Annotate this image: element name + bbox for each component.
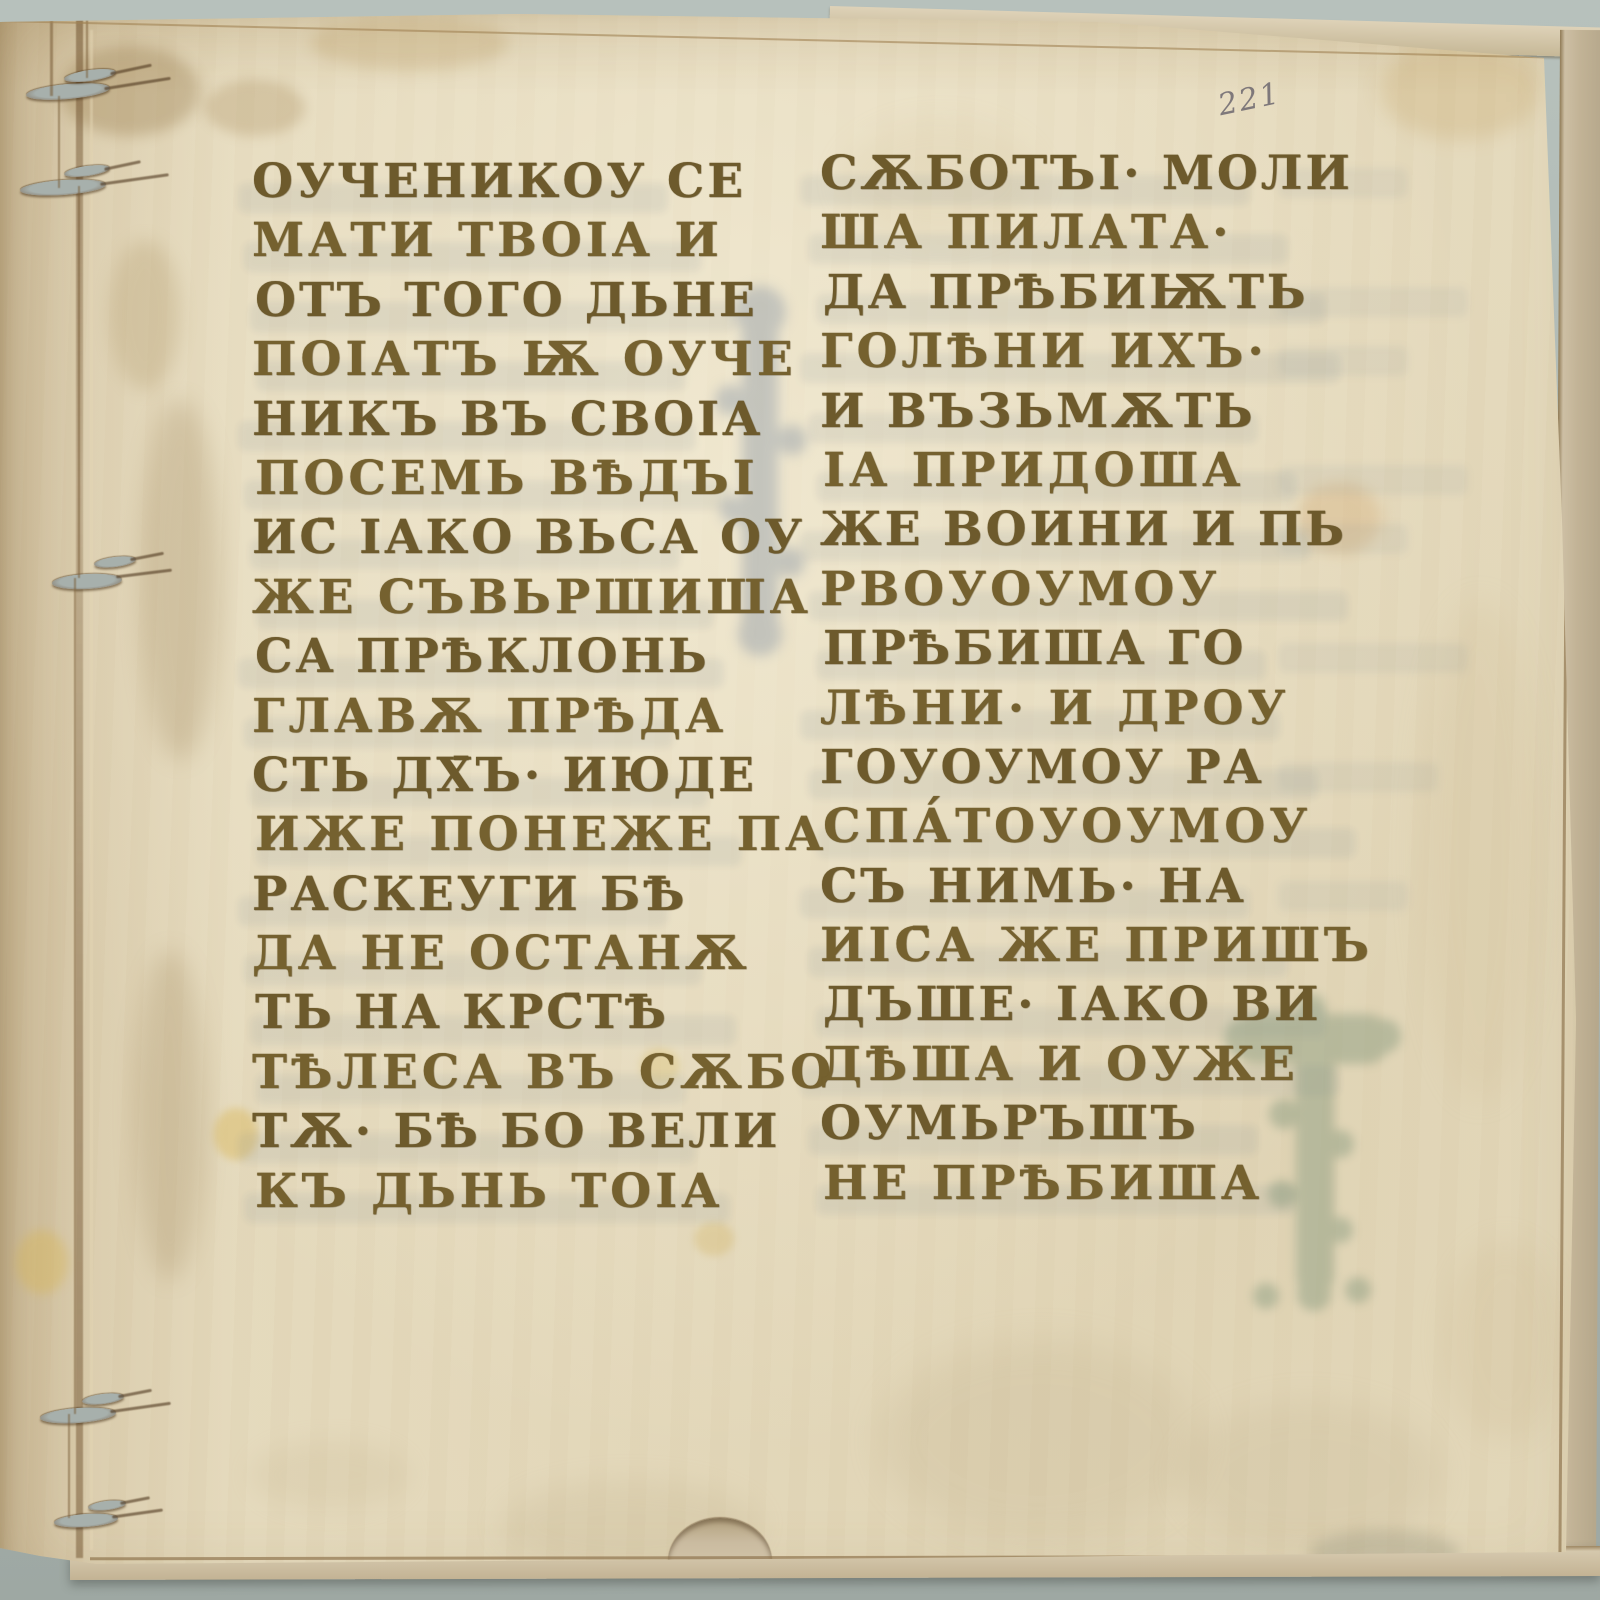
manuscript-line: ТѪ· БѢ БО ВЕЛИ <box>252 1106 732 1165</box>
manuscript-line: ДѢША И ОУЖЕ <box>820 1039 1360 1098</box>
parchment-page: ОУЧЕНИКОУ СЕ МАТИ ТВОІА И ОТЪ ТОГО ДЬНЕ … <box>0 0 1600 1600</box>
manuscript-line: СЪ НИМЬ· НА <box>820 861 1360 920</box>
manuscript-line: ГЛАВѪ ПРѢДА <box>252 691 732 750</box>
stain <box>205 80 305 136</box>
manuscript-line: ПОІАТЪ Ѭ ОУЧЕ <box>252 334 732 393</box>
sewing-thread <box>50 0 53 96</box>
sewing-cut <box>104 77 171 90</box>
sewing-cut <box>116 569 172 579</box>
text-column-left: ОУЧЕНИКОУ СЕ МАТИ ТВОІА И ОТЪ ТОГО ДЬНЕ … <box>252 156 732 1225</box>
manuscript-line: ЛѢНИ· И ДРОУ <box>820 683 1360 742</box>
stain <box>1445 1240 1565 1440</box>
manuscript-line: СТЬ ДХ̄Ъ· ИЮДЕ <box>252 750 732 809</box>
sewing-thread <box>86 0 88 78</box>
sewing-slit <box>40 1405 117 1425</box>
manuscript-line: ГОЛѢНИ ИХЪ· <box>820 326 1360 385</box>
manuscript-line: ЖЕ ВОИНИ И ПЬ <box>820 504 1360 563</box>
manuscript-line: НИКЪ ВЪ СВОІА <box>252 394 732 453</box>
stain <box>1180 1400 1440 1550</box>
sewing-thread <box>78 186 80 578</box>
manuscript-line: ОУЧЕНИКОУ СЕ <box>252 156 732 215</box>
stain <box>135 950 205 1280</box>
sewing-cut <box>118 1389 152 1398</box>
folio-number: 221 <box>1215 76 1284 123</box>
manuscript-line: ПРѢБИША ГО <box>823 623 1363 682</box>
stain <box>110 240 180 390</box>
manuscript-line: ЖЕ СЪВЬРШИША <box>252 572 732 631</box>
manuscript-line: ДА ПРѢБИѬТЬ <box>823 267 1363 326</box>
manuscript-line: ИЖЕ ПОНЕЖЕ ПА <box>255 809 735 868</box>
sewing-cut <box>130 552 164 561</box>
stain <box>1420 600 1540 1100</box>
manuscript-line: ІА ПРИДОША <box>823 445 1363 504</box>
sewing-cut <box>112 1508 163 1518</box>
stain <box>310 16 510 70</box>
sewing-thread <box>58 96 60 188</box>
manuscript-line: ДА НЕ ОСТАНѪ <box>252 928 732 987</box>
manuscript-line: ТѢЛЕСА ВЪ СѪБО <box>252 1047 732 1106</box>
sewing-cut <box>110 1402 171 1413</box>
spine-fold-highlight <box>90 30 93 1550</box>
stain <box>694 1222 734 1256</box>
manuscript-line: СА ПРѢКЛОНЬ <box>255 631 735 690</box>
stain <box>880 1340 1200 1540</box>
manuscript-line: ОУМЬРЪШЪ <box>820 1098 1360 1157</box>
sewing-cut <box>120 1496 150 1505</box>
manuscript-line: ПОСЕМЬ ВѢДЪІ <box>255 453 735 512</box>
manuscript-line: НЕ ПРѢБИША <box>823 1158 1363 1217</box>
manuscript-line: ДЪШЕ· ІАКО ВИ <box>823 979 1363 1038</box>
sewing-thread <box>68 1414 70 1518</box>
sewing-slit <box>54 1512 119 1529</box>
sewing-thread <box>74 578 76 1414</box>
manuscript-line: ОТЪ ТОГО ДЬНЕ <box>255 275 735 334</box>
sewing-slit <box>64 163 111 179</box>
sewing-slit <box>52 572 123 591</box>
manuscript-line: И ВЪЗЬМѪТЬ <box>820 386 1360 445</box>
manuscript-line: СѪБОТЪІ· МОЛИ <box>820 148 1360 207</box>
sewing-slit <box>94 554 137 569</box>
manuscript-line: ИС̄ ІАКО ВЬСА ОУ <box>252 512 732 571</box>
manuscript-scan: ОУЧЕНИКОУ СЕ МАТИ ТВОІА И ОТЪ ТОГО ДЬНЕ … <box>0 0 1600 1600</box>
text-column-right: СѪБОТЪІ· МОЛИ ША ПИЛАТА· ДА ПРѢБИѬТЬ ГОЛ… <box>820 148 1360 1217</box>
sewing-cut <box>100 173 169 186</box>
sewing-cut <box>110 64 151 76</box>
manuscript-line: ГОУОУМОУ РА <box>820 742 1360 801</box>
manuscript-line: РАСКЕУГИ БѢ <box>252 869 732 928</box>
manuscript-line: МАТИ ТВОІА И <box>252 215 732 274</box>
manuscript-line: СПА́ТОУОУМОУ <box>823 801 1363 860</box>
manuscript-line: ИІС̄А ЖЕ ПРИШЪ <box>820 920 1360 979</box>
stain <box>140 400 220 760</box>
manuscript-line: РВОУОУМОУ <box>820 564 1360 623</box>
manuscript-line: ША ПИЛАТА· <box>820 207 1360 266</box>
sewing-cut <box>104 160 141 171</box>
sewing-slit <box>20 177 107 198</box>
stain <box>16 1230 68 1294</box>
manuscript-line: КЪ ДЬНЬ ТОІА <box>255 1166 735 1225</box>
sewing-slit <box>26 80 111 102</box>
sewing-slit <box>82 1391 125 1406</box>
manuscript-line: ТЬ НА КРС̄ТѢ <box>255 987 735 1046</box>
stain <box>250 1440 410 1510</box>
